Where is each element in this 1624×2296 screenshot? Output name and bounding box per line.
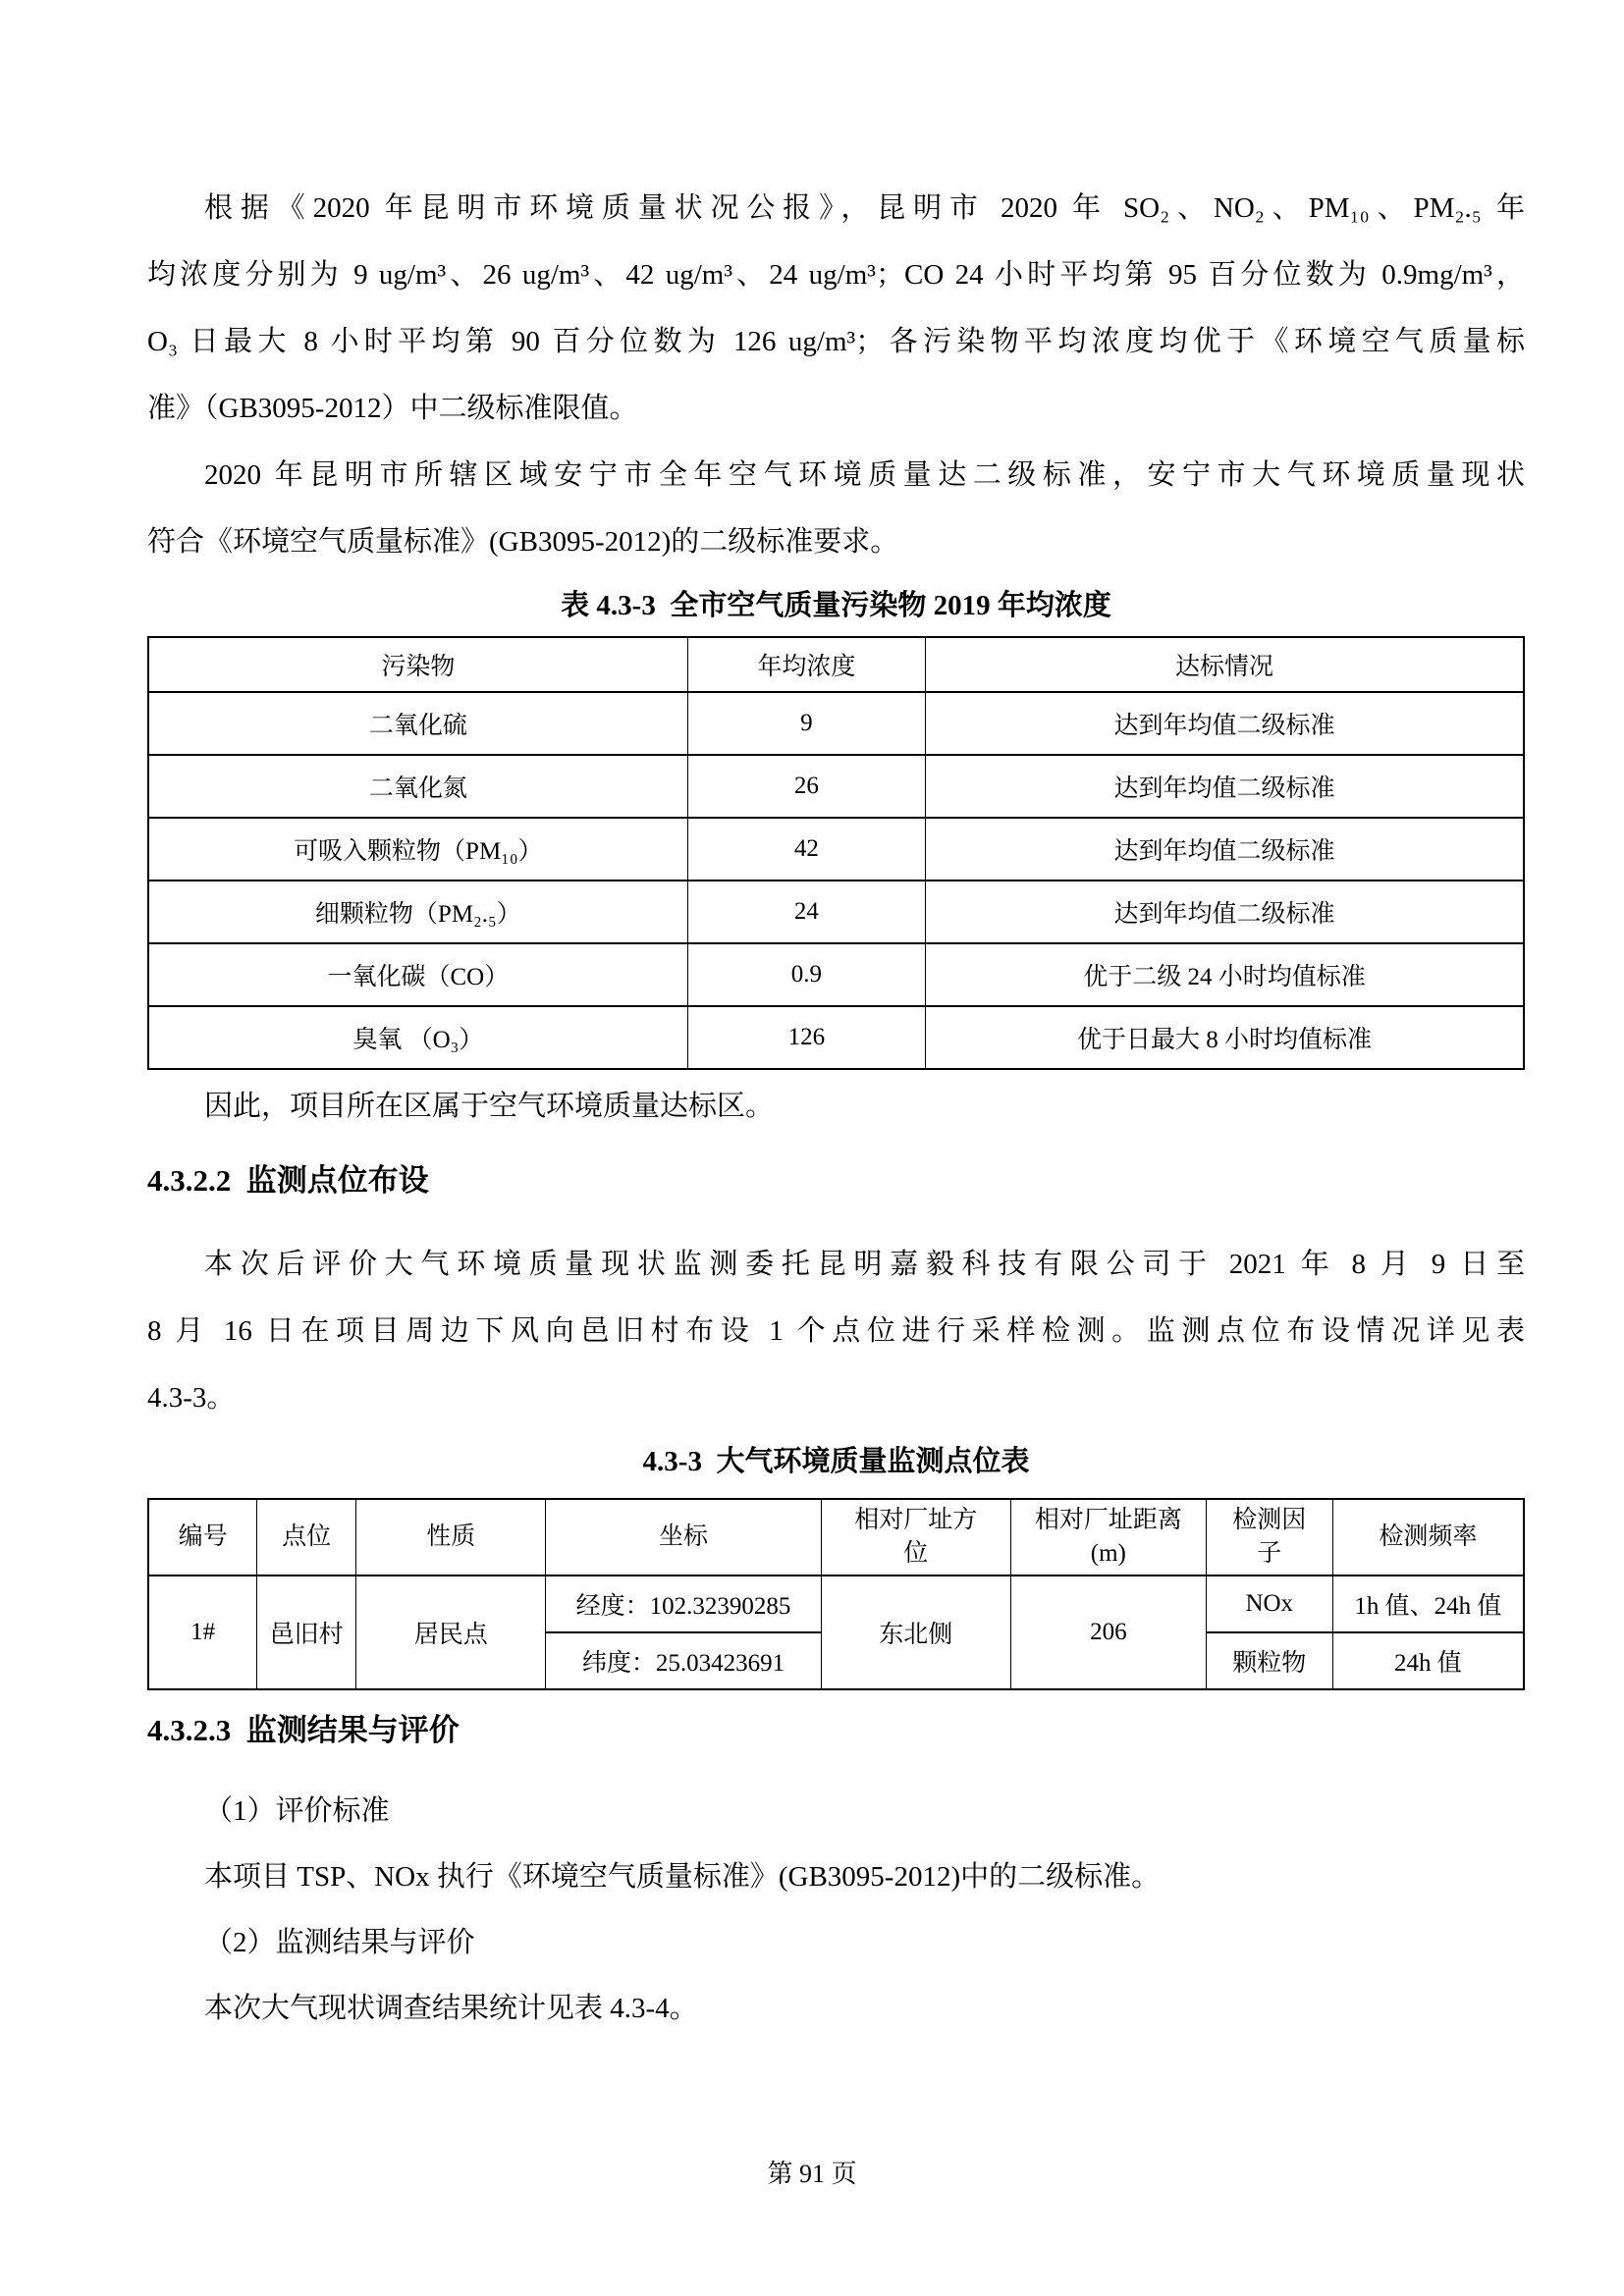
table-header-cell: 相对厂址距离 (m) [1010,1499,1206,1575]
paragraph-line: O₃ 日最大 8 小时平均第 90 百分位数为 126 ug/m³；各污染物平均… [147,308,1525,375]
table-header-cell: 检测频率 [1332,1499,1524,1575]
paragraph-line: 因此，项目所在区属于空气环境质量达标区。 [147,1070,1525,1143]
table-cell: 东北侧 [821,1575,1010,1689]
table-cell: 126 [687,1006,925,1069]
table-cell: 颗粒物 [1206,1632,1332,1689]
paragraph-line: 本次大气现状调查结果统计见表 4.3-4。 [147,1976,1525,2042]
table-header-cell: 污染物 [148,637,687,692]
table-header-cell: 检测因 子 [1206,1499,1332,1575]
table-header-cell: 相对厂址方 位 [821,1499,1010,1575]
table-cell: 优于日最大 8 小时均值标准 [926,1006,1524,1069]
paragraph-line: （2）监测结果与评价 [147,1910,1525,1976]
air-quality-table: 污染物 年均浓度 达标情况 二氧化硫 9 达到年均值二级标准 二氧化氮 26 达… [147,636,1525,1070]
table-row: 细颗粒物（PM₂.₅） 24 达到年均值二级标准 [148,881,1524,943]
table-cell: 细颗粒物（PM₂.₅） [148,881,687,943]
paragraph-line: 符合《环境空气质量标准》(GB3095-2012)的二级标准要求。 [147,508,1525,575]
monitoring-points-table: 编号 点位 性质 坐标 相对厂址方 位 相对厂址距离 (m) 检测因 子 检测频… [147,1498,1525,1690]
table-row: 二氧化氮 26 达到年均值二级标准 [148,755,1524,818]
table-cell: 达到年均值二级标准 [926,692,1524,755]
paragraph-line: 本项目 TSP、NOx 执行《环境空气质量标准》(GB3095-2012)中的二… [147,1844,1525,1910]
document-page: 根据《2020 年昆明市环境质量状况公报》，昆明市 2020 年 SO₂、NO₂… [0,0,1624,2296]
table1-title: 表 4.3-3 全市空气质量污染物 2019 年均浓度 [147,575,1525,636]
table-header-row: 编号 点位 性质 坐标 相对厂址方 位 相对厂址距离 (m) 检测因 子 检测频… [148,1499,1524,1575]
table-cell: 24h 值 [1332,1632,1524,1689]
table-cell: 26 [687,755,925,818]
table-row: 可吸入颗粒物（PM₁₀） 42 达到年均值二级标准 [148,818,1524,881]
paragraph-line: 本次后评价大气环境质量现状监测委托昆明嘉毅科技有限公司于 2021 年 8 月 … [147,1231,1525,1298]
table-cell: 经度：102.32390285 [546,1575,821,1632]
table-cell: 可吸入颗粒物（PM₁₀） [148,818,687,881]
table-cell: 二氧化氮 [148,755,687,818]
table-header-cell: 达标情况 [926,637,1524,692]
section-heading-4322: 4.3.2.2 监测点位布设 [147,1147,1525,1215]
table-cell: 达到年均值二级标准 [926,881,1524,943]
table-row: 一氧化碳（CO） 0.9 优于二级 24 小时均值标准 [148,943,1524,1006]
table-header-row: 污染物 年均浓度 达标情况 [148,637,1524,692]
paragraph-line: 根据《2020 年昆明市环境质量状况公报》，昆明市 2020 年 SO₂、NO₂… [147,175,1525,241]
table-row: 臭氧 （O₃） 126 优于日最大 8 小时均值标准 [148,1006,1524,1069]
table-cell: 206 [1010,1575,1206,1689]
table-cell: 达到年均值二级标准 [926,818,1524,881]
table-cell: NOx [1206,1575,1332,1632]
table-cell: 1h 值、24h 值 [1332,1575,1524,1632]
table2-title: 4.3-3 大气环境质量监测点位表 [147,1431,1525,1492]
table-cell: 邑旧村 [257,1575,356,1689]
paragraph-line: 4.3-3。 [147,1364,1525,1431]
paragraph-line: 均浓度分别为 9 ug/m³、26 ug/m³、42 ug/m³、24 ug/m… [147,241,1525,308]
table-cell: 1# [148,1575,257,1689]
table-header-cell: 坐标 [546,1499,821,1575]
table-cell: 居民点 [356,1575,546,1689]
paragraph-line: （1）评价标准 [147,1779,1525,1844]
table-row: 1# 邑旧村 居民点 经度：102.32390285 东北侧 206 NOx 1… [148,1575,1524,1632]
section-heading-4323: 4.3.2.3 监测结果与评价 [147,1696,1525,1765]
table-cell: 达到年均值二级标准 [926,755,1524,818]
table-row: 二氧化硫 9 达到年均值二级标准 [148,692,1524,755]
table-cell: 臭氧 （O₃） [148,1006,687,1069]
table-cell: 二氧化硫 [148,692,687,755]
table-cell: 一氧化碳（CO） [148,943,687,1006]
table-header-cell: 性质 [356,1499,546,1575]
paragraph-line: 2020 年昆明市所辖区域安宁市全年空气环境质量达二级标准，安宁市大气环境质量现… [147,442,1525,508]
paragraph-line: 8 月 16 日在项目周边下风向邑旧村布设 1 个点位进行采样检测。监测点位布设… [147,1298,1525,1364]
page-footer: 第 91 页 [0,2155,1624,2194]
table-cell: 24 [687,881,925,943]
table-cell: 纬度：25.03423691 [546,1632,821,1689]
table-cell: 0.9 [687,943,925,1006]
table-header-cell: 编号 [148,1499,257,1575]
table-cell: 9 [687,692,925,755]
table-cell: 42 [687,818,925,881]
table-cell: 优于二级 24 小时均值标准 [926,943,1524,1006]
table-header-cell: 年均浓度 [687,637,925,692]
table-header-cell: 点位 [257,1499,356,1575]
paragraph-line: 准》（GB3095-2012）中二级标准限值。 [147,375,1525,442]
